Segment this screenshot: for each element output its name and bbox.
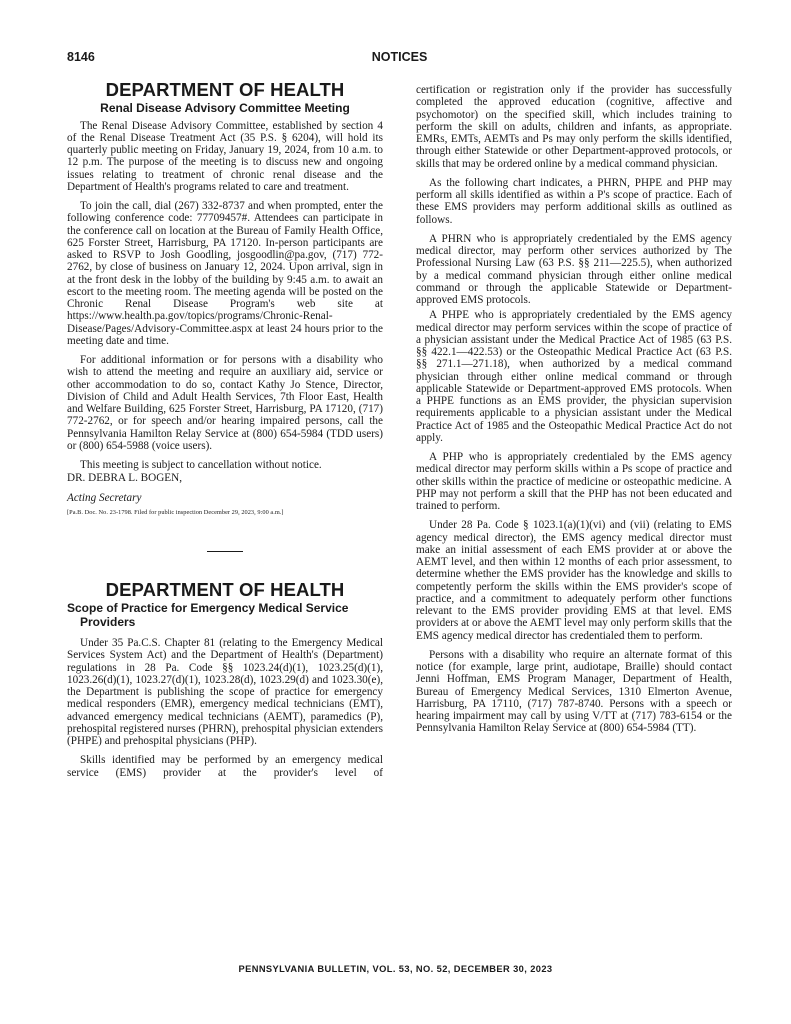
notice-paragraph: A PHRN who is appropriately credentialed… — [416, 233, 732, 307]
page-footer: PENNSYLVANIA BULLETIN, VOL. 53, NO. 52, … — [0, 964, 791, 974]
notice-renal-disease-meeting: DEPARTMENT OF HEALTH Renal Disease Advis… — [67, 84, 383, 517]
notice-paragraph: A PHPE who is appropriately credentialed… — [416, 309, 732, 444]
department-heading: DEPARTMENT OF HEALTH — [67, 84, 383, 96]
notice-paragraph: For additional information or for person… — [67, 354, 383, 452]
signature-title: Acting Secretary — [67, 492, 383, 504]
notice-ems-scope-of-practice: DEPARTMENT OF HEALTH Scope of Practice f… — [67, 584, 383, 779]
right-column: certification or registration only if th… — [416, 84, 732, 742]
notice-paragraph: Skills identified may be performed by an… — [67, 754, 383, 779]
notice-paragraph: Under 35 Pa.C.S. Chapter 81 (relating to… — [67, 637, 383, 747]
running-head: 8146 NOTICES — [67, 50, 732, 66]
notice-title: Scope of Practice for Emergency Medical … — [67, 602, 383, 629]
section-title: NOTICES — [67, 50, 732, 64]
notice-paragraph: As the following chart indicates, a PHRN… — [416, 177, 732, 226]
notice-paragraph: certification or registration only if th… — [416, 84, 732, 170]
notice-paragraph: This meeting is subject to cancellation … — [67, 459, 383, 471]
notice-title: Renal Disease Advisory Committee Meeting — [67, 102, 383, 114]
notice-paragraph: Persons with a disability who require an… — [416, 649, 732, 735]
section-divider — [207, 551, 243, 552]
notice-paragraph: Under 28 Pa. Code § 1023.1(a)(1)(vi) and… — [416, 519, 732, 642]
notice-paragraph: The Renal Disease Advisory Committee, es… — [67, 120, 383, 194]
left-column: DEPARTMENT OF HEALTH Renal Disease Advis… — [67, 80, 383, 786]
document-number: [Pa.B. Doc. No. 23-1798. Filed for publi… — [67, 508, 383, 517]
notice-paragraph: A PHP who is appropriately credentialed … — [416, 451, 732, 512]
notice-paragraph: To join the call, dial (267) 332-8737 an… — [67, 200, 383, 347]
signature-name: DR. DEBRA L. BOGEN, — [67, 472, 383, 484]
department-heading: DEPARTMENT OF HEALTH — [67, 584, 383, 596]
